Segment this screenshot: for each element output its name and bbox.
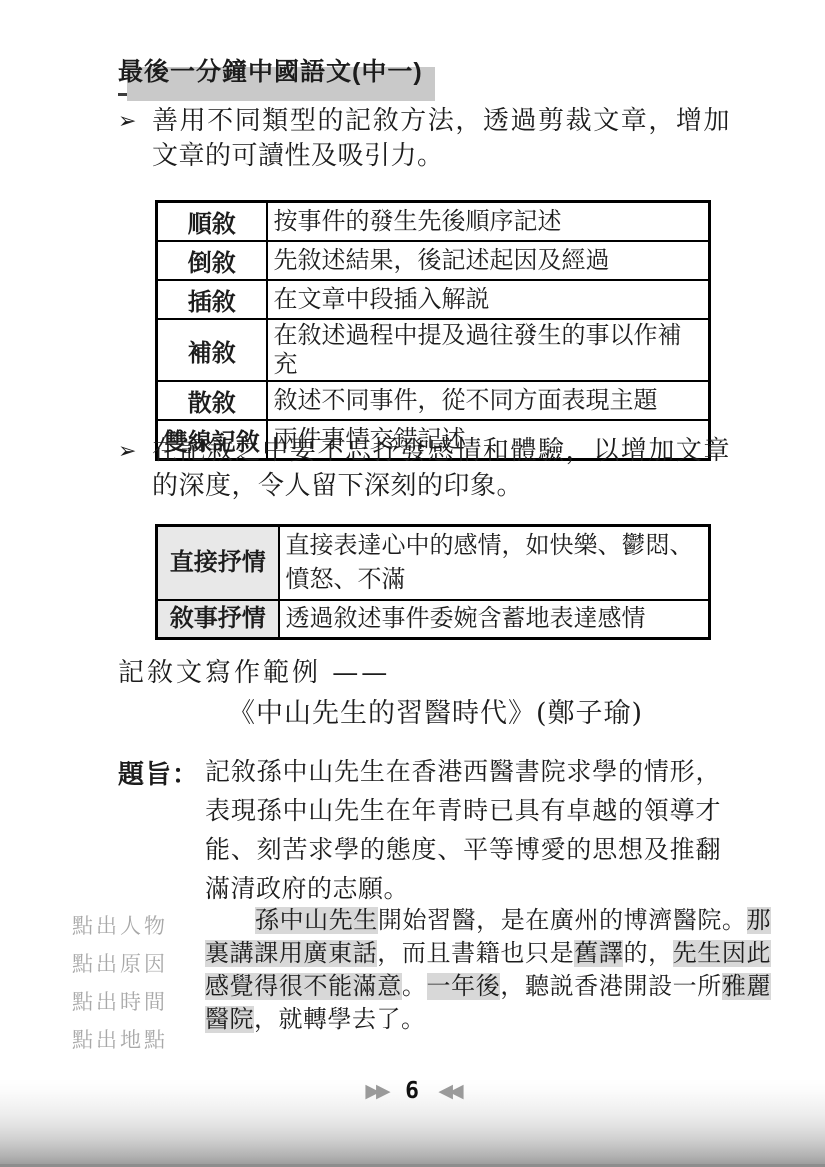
passage-text: 的， bbox=[623, 940, 672, 967]
narration-term: 倒敘 bbox=[157, 241, 267, 280]
narration-definition: 在敘述過程中提及過往發生的事以作補充 bbox=[267, 319, 710, 381]
table-row: 敘事抒情 透過敘述事件委婉含蓄地表達感情 bbox=[157, 600, 710, 639]
narration-definition: 先敘述結果，後記述起因及經過 bbox=[267, 241, 710, 280]
narration-term: 順敘 bbox=[157, 202, 267, 242]
double-right-arrow-icon: ▶▶ bbox=[359, 1081, 392, 1102]
table-row: 順敘 按事件的發生先後順序記述 bbox=[157, 202, 710, 242]
bullet-text: 善用不同類型的記敘方法，透過剪裁文章，增加文章的可讀性及吸引力。 bbox=[152, 103, 730, 173]
example-passage: 孫中山先生開始習醫，是在廣州的博濟醫院。那裏講課用廣東話，而且書籍也只是舊譯的，… bbox=[205, 904, 771, 1036]
table-row: 倒敘 先敘述結果，後記述起因及經過 bbox=[157, 241, 710, 280]
arrowhead-bullet-icon: ➢ bbox=[118, 433, 152, 503]
table-row: 散敘 敘述不同事件，從不同方面表現主題 bbox=[157, 381, 710, 420]
page-title: 最後一分鐘中國語文(中一) bbox=[118, 52, 426, 96]
annotation-item: 點出人物 bbox=[72, 908, 168, 946]
margin-annotations: 點出人物 點出原因 點出時間 點出地點 bbox=[72, 908, 168, 1060]
annotation-item: 點出時間 bbox=[72, 984, 168, 1022]
narration-definition: 敘述不同事件，從不同方面表現主題 bbox=[267, 381, 710, 420]
bullet-item-emotion-expression: ➢ 在記敘之中要不忘抒發感情和體驗，以增加文章的深度，令人留下深刻的印象。 bbox=[118, 433, 730, 503]
annotation-item: 點出地點 bbox=[72, 1022, 168, 1060]
highlighted-text: 一年後 bbox=[427, 973, 501, 1000]
narration-definition: 按事件的發生先後順序記述 bbox=[267, 202, 710, 242]
narration-term: 插敘 bbox=[157, 280, 267, 319]
arrowhead-bullet-icon: ➢ bbox=[118, 103, 152, 173]
highlighted-text: 舊譯 bbox=[574, 940, 623, 967]
emotion-definition: 透過敘述事件委婉含蓄地表達感情 bbox=[279, 600, 710, 639]
emotion-definition: 直接表達心中的感情，如快樂、鬱悶、憤怒、不滿 bbox=[279, 526, 710, 600]
table-row: 補敘 在敘述過程中提及過往發生的事以作補充 bbox=[157, 319, 710, 381]
annotation-item: 點出原因 bbox=[72, 946, 168, 984]
double-left-arrow-icon: ◀◀ bbox=[432, 1081, 465, 1102]
page-footer: ▶▶ 6 ◀◀ bbox=[0, 1078, 825, 1104]
theme-text: 記敘孫中山先生在香港西醫書院求學的情形，表現孫中山先生在年青時已具有卓越的領導才… bbox=[205, 753, 721, 909]
example-section-heading: 記敘文寫作範例 —— bbox=[118, 652, 390, 689]
narration-types-table: 順敘 按事件的發生先後順序記述 倒敘 先敘述結果，後記述起因及經過 插敘 在文章… bbox=[155, 200, 711, 461]
highlighted-text: 孫中山先生 bbox=[255, 907, 378, 934]
narration-term: 補敘 bbox=[157, 319, 267, 381]
emotion-term: 直接抒情 bbox=[157, 526, 279, 600]
narration-definition: 在文章中段插入解説 bbox=[267, 280, 710, 319]
theme-label: 題旨： bbox=[118, 754, 199, 791]
passage-text: ，而且書籍也只是 bbox=[377, 940, 574, 967]
table-row: 直接抒情 直接表達心中的感情，如快樂、鬱悶、憤怒、不滿 bbox=[157, 526, 710, 600]
table-row: 插敘 在文章中段插入解説 bbox=[157, 280, 710, 319]
passage-text: 開始習醫，是在廣州的博濟醫院。 bbox=[378, 907, 747, 934]
bullet-text: 在記敘之中要不忘抒發感情和體驗，以增加文章的深度，令人留下深刻的印象。 bbox=[152, 433, 730, 503]
passage-text: ，就轉學去了。 bbox=[254, 1006, 426, 1033]
example-essay-title: 《中山先生的習醫時代》(鄭子瑜) bbox=[228, 691, 643, 730]
emotion-term: 敘事抒情 bbox=[157, 600, 279, 639]
page-number: 6 bbox=[397, 1078, 428, 1104]
bullet-item-narration-methods: ➢ 善用不同類型的記敘方法，透過剪裁文章，增加文章的可讀性及吸引力。 bbox=[118, 103, 730, 173]
emotion-expression-table: 直接抒情 直接表達心中的感情，如快樂、鬱悶、憤怒、不滿 敘事抒情 透過敘述事件委… bbox=[155, 524, 711, 640]
narration-term: 散敘 bbox=[157, 381, 267, 420]
passage-text: ，聽説香港開設一所 bbox=[500, 973, 722, 1000]
passage-text: 。 bbox=[402, 973, 427, 1000]
